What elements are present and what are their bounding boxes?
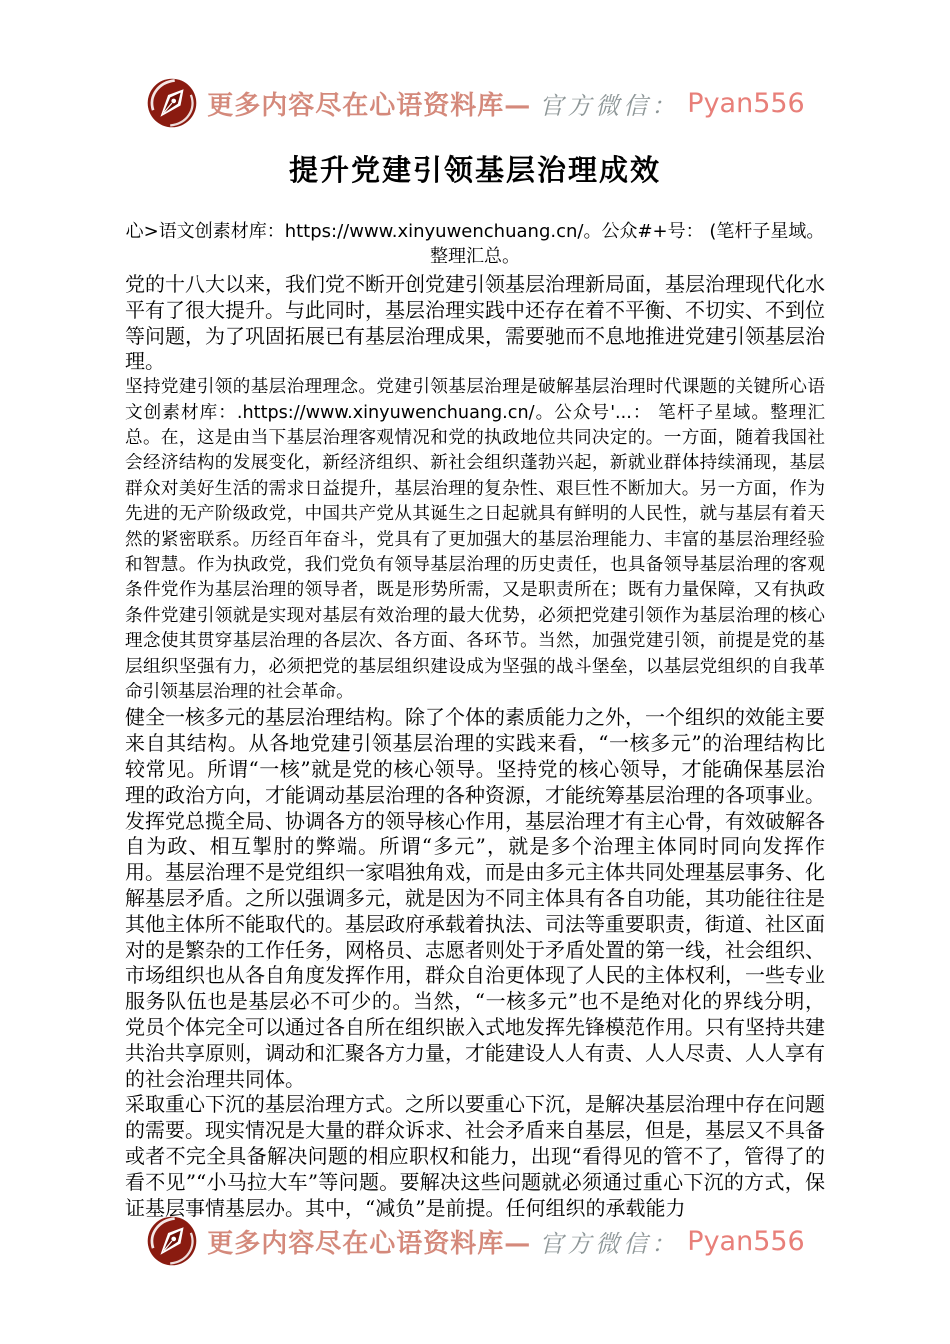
paragraph-concept: 坚持党建引领的基层治理理念。党建引领基层治理是破解基层治理时代课题的关键所心语文… bbox=[125, 375, 825, 705]
pen-nib-circle-icon bbox=[145, 1214, 199, 1268]
pen-nib-circle-icon bbox=[145, 76, 199, 130]
footer-watermark: 更多内容尽在心语资料库— 官方微信： Pyan556 bbox=[0, 1212, 950, 1270]
source-attribution-line: 心>语文创素材库：https://www.xinyuwenchuang.cn/。… bbox=[125, 219, 825, 269]
page-title: 提升党建引领基层治理成效 bbox=[0, 148, 950, 189]
paragraph-method: 采取重心下沉的基层治理方式。之所以要重心下沉，是解决基层治理中存在问题的需要。现… bbox=[125, 1092, 825, 1221]
watermark-wechat-id: Pyan556 bbox=[687, 88, 804, 119]
paragraph-structure: 健全一核多元的基层治理结构。除了个体的素质能力之外，一个组织的效能主要来自其结构… bbox=[125, 705, 825, 1092]
paragraph-intro: 党的十八大以来，我们党不断开创党建引领基层治理新局面，基层治理现代化水平有了很大… bbox=[125, 272, 825, 375]
document-body: 党的十八大以来，我们党不断开创党建引领基层治理新局面，基层治理现代化水平有了很大… bbox=[125, 272, 825, 1221]
watermark-brand-text: 更多内容尽在心语资料库— bbox=[207, 1223, 531, 1260]
watermark-wechat-label: 官方微信： bbox=[539, 86, 679, 121]
watermark-wechat-label: 官方微信： bbox=[539, 1224, 679, 1259]
watermark-brand-text: 更多内容尽在心语资料库— bbox=[207, 85, 531, 122]
watermark-wechat-id: Pyan556 bbox=[687, 1226, 804, 1257]
document-page: 更多内容尽在心语资料库— 官方微信： Pyan556 提升党建引领基层治理成效 … bbox=[0, 0, 950, 1344]
header-watermark: 更多内容尽在心语资料库— 官方微信： Pyan556 bbox=[0, 74, 950, 132]
